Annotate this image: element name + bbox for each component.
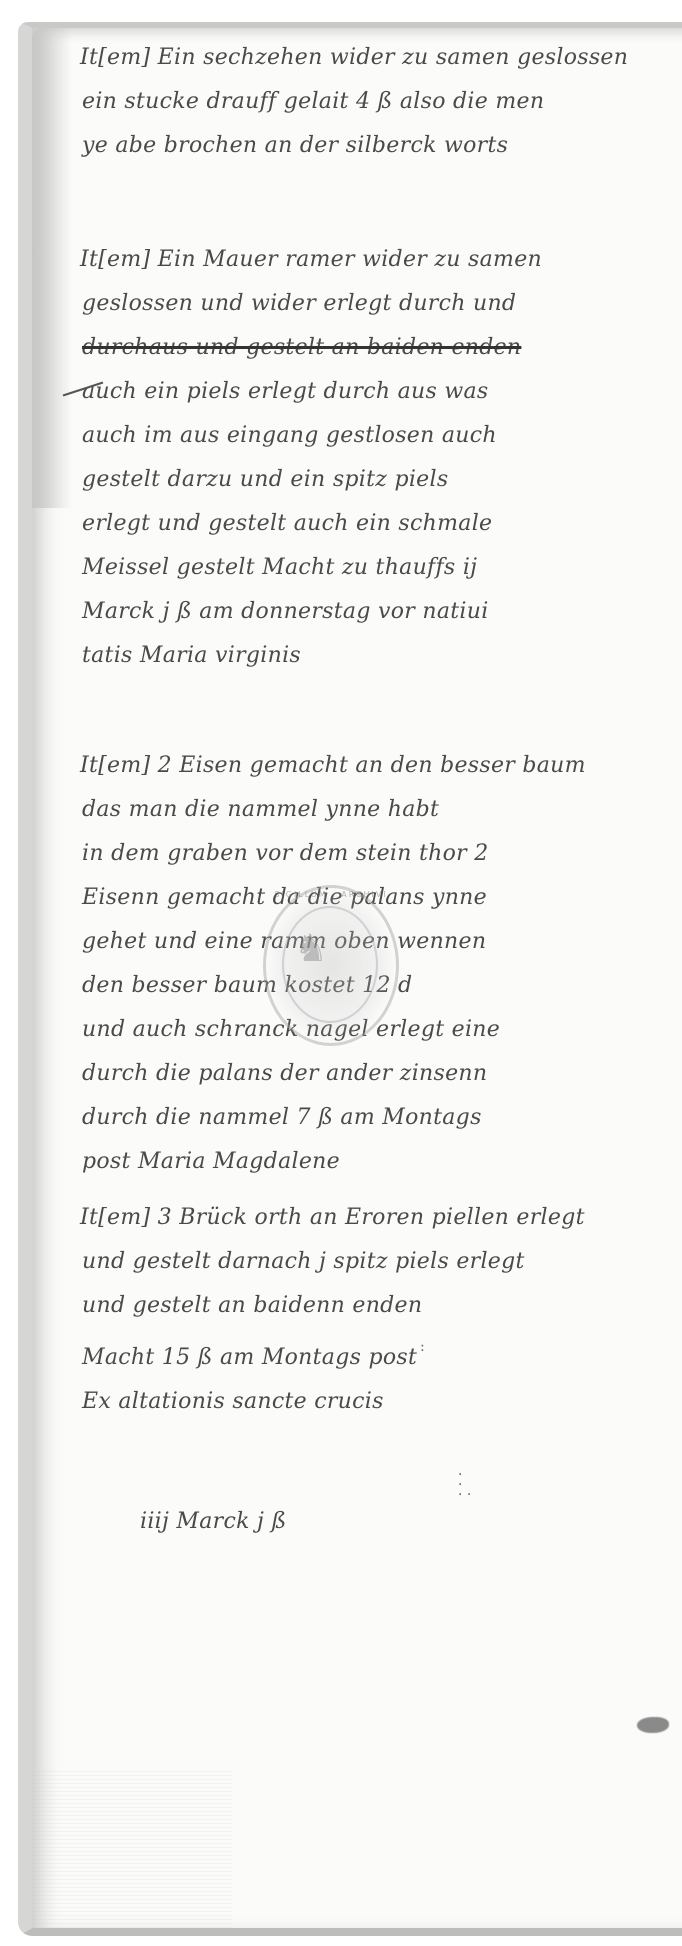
entry-2-line-7: erlegt und gestelt auch ein schmale xyxy=(80,502,660,546)
entry-4-line-2: und gestelt darnach j spitz piels erlegt xyxy=(80,1240,660,1284)
entry-1-line-1: It[em] Ein sechzehen wider zu samen gesl… xyxy=(80,36,660,80)
entry-3-line-9: durch die nammel 7 ß am Montags xyxy=(80,1096,660,1140)
entry-3-line-8: durch die palans der ander zinsenn xyxy=(80,1052,660,1096)
entry-3-line-10: post Maria Magdalene xyxy=(80,1140,660,1184)
heraldic-lion-icon: ♞ xyxy=(294,926,328,970)
entry-4: It[em] 3 Brück orth an Eroren piellen er… xyxy=(80,1196,660,1424)
entry-2-line-9: Marck j ß am donnerstag vor natiui xyxy=(80,590,660,634)
archive-seal-stamp: SIGILLUM · ARCHIVI ♞ xyxy=(263,885,399,1046)
paper-texture xyxy=(32,1768,232,1928)
entry-1-line-2: ein stucke drauff gelait 4 ß also die me… xyxy=(80,80,660,124)
entry-3-line-2: das man die nammel ynne habt xyxy=(80,788,660,832)
entry-2-line-1: It[em] Ein Mauer ramer wider zu samen xyxy=(80,238,660,282)
entry-1: It[em] Ein sechzehen wider zu samen gesl… xyxy=(80,36,660,168)
entry-2-line-8: Meissel gestelt Macht zu thauffs ij xyxy=(80,546,660,590)
entry-4-line-5: Ex altationis sancte crucis xyxy=(80,1380,660,1424)
seal-ring-text: SIGILLUM · ARCHIVI xyxy=(266,890,396,899)
entry-3-line-3: in dem graben vor dem stein thor 2 xyxy=(80,832,660,876)
entry-3-line-1: It[em] 2 Eisen gemacht an den besser bau… xyxy=(80,744,660,788)
ink-dots: ··· · xyxy=(458,1470,471,1500)
ink-dots-small: : xyxy=(420,1342,425,1352)
total-entry: iiij Marck j ß xyxy=(140,1500,682,1544)
entry-4-line-3: und gestelt an baidenn enden xyxy=(80,1284,660,1328)
entry-2-line-5: auch im aus eingang gestlosen auch xyxy=(80,414,660,458)
total-line: iiij Marck j ß xyxy=(140,1500,682,1544)
entry-2-line-2: geslossen und wider erlegt durch und xyxy=(80,282,660,326)
entry-2-line-6: gestelt darzu und ein spitz piels xyxy=(80,458,660,502)
entry-4-line-4: Macht 15 ß am Montags post xyxy=(80,1336,660,1380)
entry-2-line-3: durchaus und gestelt an baiden enden xyxy=(80,326,660,370)
ink-blot xyxy=(637,1717,669,1733)
entry-2-line-4: auch ein piels erlegt durch aus was xyxy=(80,370,660,414)
entry-4-line-1: It[em] 3 Brück orth an Eroren piellen er… xyxy=(80,1196,660,1240)
entry-1-line-3: ye abe brochen an der silberck worts xyxy=(80,124,660,168)
entry-2-line-10: tatis Maria virginis xyxy=(80,634,660,678)
entry-2: It[em] Ein Mauer ramer wider zu samen ge… xyxy=(80,238,660,678)
paper-fold-shadow xyxy=(32,28,72,508)
